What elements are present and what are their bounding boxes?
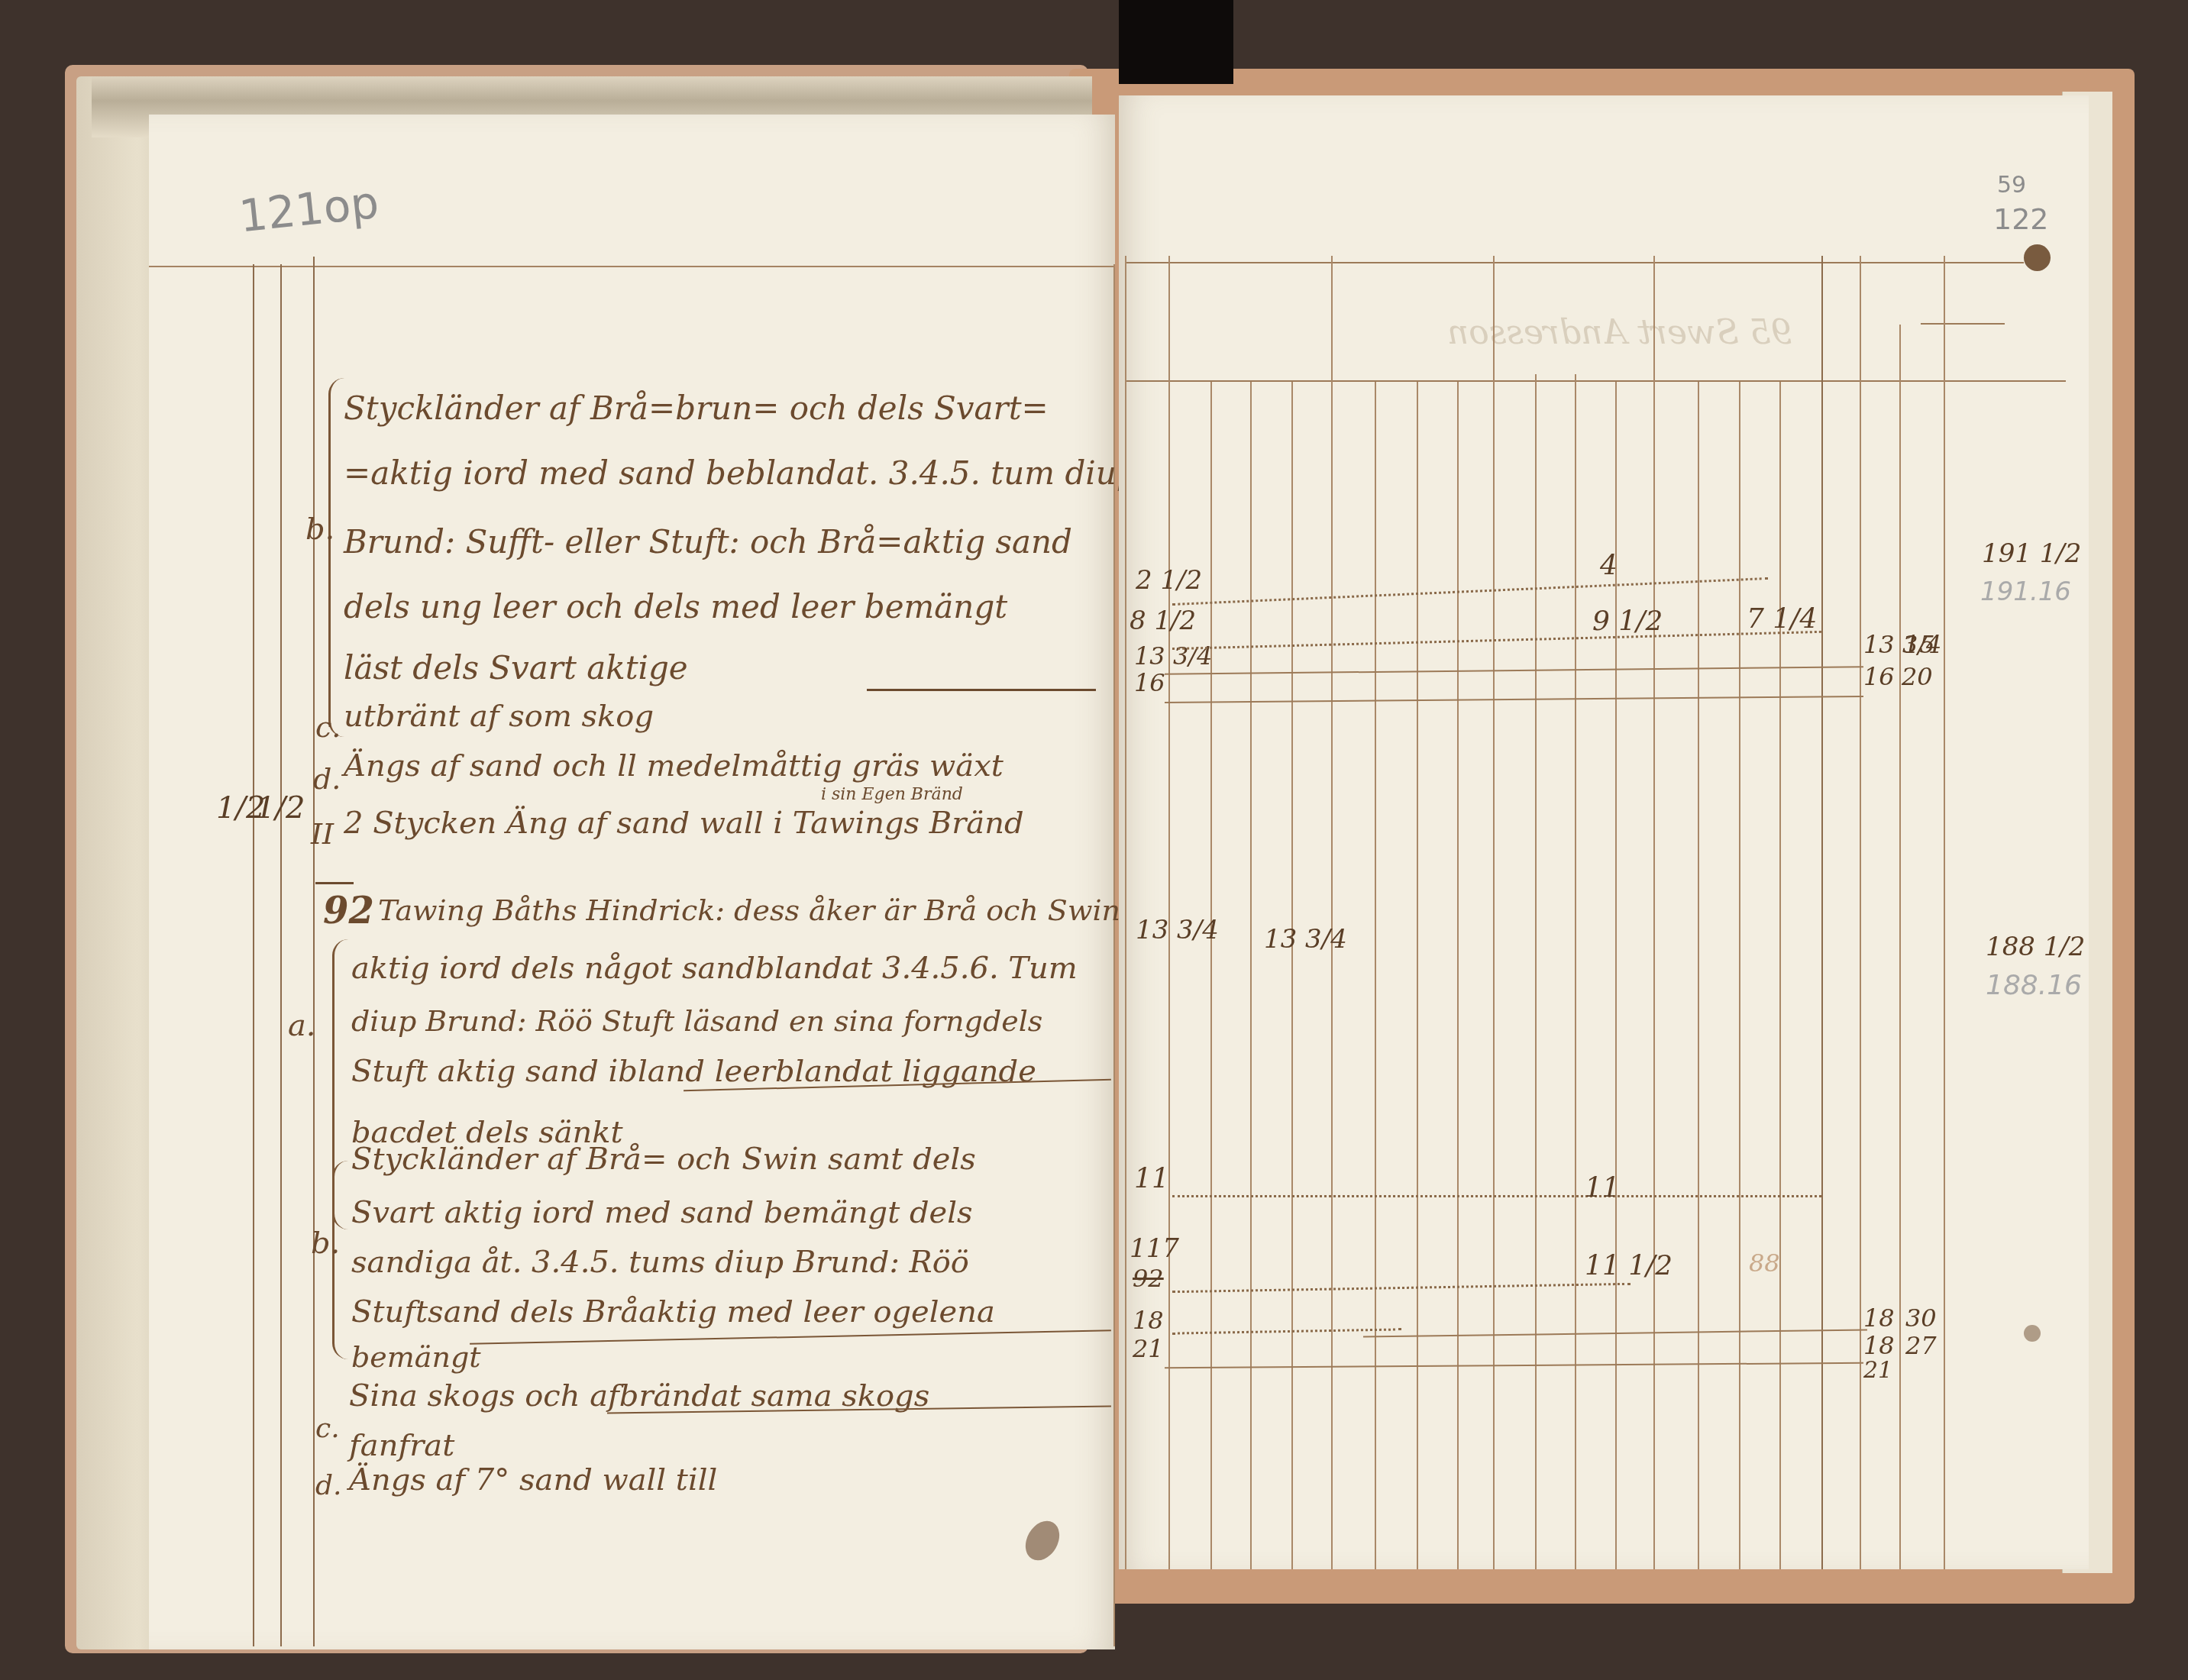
entry-line: Tawing Båths Hindrick: dess åker är Brå … — [378, 893, 1120, 927]
entry-line: 2 Stycken Äng af sand wall i Tawings Brä… — [344, 806, 1024, 841]
line-filler — [867, 689, 1096, 691]
row-value: 9 1/2 — [1592, 606, 1663, 637]
column-rule — [1250, 382, 1252, 1569]
ditto-dots — [1172, 1195, 1821, 1197]
entry-label: II — [311, 817, 334, 851]
column-rule — [1210, 382, 1212, 1569]
row-rule — [1165, 1362, 1863, 1368]
row-value: 30 — [1905, 1304, 1937, 1333]
column-rule — [1331, 256, 1333, 1569]
header-rule-segment — [1921, 323, 2005, 325]
column-rule — [1375, 382, 1376, 1569]
row-value: 21 — [1863, 1357, 1892, 1384]
row-value: 13 3/4 — [1264, 924, 1347, 955]
column-rule — [253, 264, 254, 1646]
column-rule — [1944, 256, 1945, 1569]
row-total: 13 3/4 — [1134, 641, 1212, 670]
entry-label: d. — [315, 1470, 342, 1501]
column-rule — [1535, 374, 1537, 1569]
row-value: 20 — [1902, 662, 1933, 691]
entry-line: Ängs af 7° sand wall till — [349, 1462, 717, 1497]
row-value-struck: 92 — [1133, 1264, 1164, 1293]
ditto-dots — [1172, 1283, 1630, 1293]
column-rule — [313, 257, 315, 1646]
row-rule — [1165, 696, 1863, 703]
column-rule — [1493, 256, 1495, 1569]
column-rule — [1899, 325, 1901, 1569]
entry-line: aktig iord dels något sandblandat 3.4.5.… — [351, 951, 1078, 986]
row-value: 117 — [1130, 1233, 1179, 1264]
header-rule-bottom — [1126, 380, 2066, 382]
row-value: 11 1/2 — [1585, 1250, 1673, 1281]
row-value: 11 — [1134, 1163, 1169, 1194]
entry-line: utbränt af som skog — [344, 699, 654, 734]
left-page: 121op 1/2 1/2 b. Styckländer af Brå=brun… — [149, 115, 1115, 1649]
column-rule — [1739, 382, 1740, 1569]
pencil-folio-top: 59 — [1997, 172, 2026, 199]
parcel-number: 92 — [323, 890, 374, 932]
column-rule — [1821, 256, 1823, 1569]
row-value: 11 — [1585, 1172, 1620, 1203]
faint-value: 88 — [1749, 1249, 1780, 1278]
entry-line: Styckländer af Brå= och Swin samt dels — [351, 1142, 976, 1177]
book-spine-gap — [1119, 0, 1233, 84]
column-rule — [1417, 382, 1418, 1569]
entry-line: Ängs af sand och ll medelmåttig gräs wäx… — [344, 748, 1004, 783]
ditto-dots — [1172, 577, 1767, 606]
entry-brace — [328, 378, 344, 737]
row-total: 18 — [1133, 1306, 1164, 1335]
column-rule — [1168, 256, 1170, 1569]
entry-line: läst dels Svart aktige — [344, 649, 688, 687]
column-rule — [1457, 382, 1459, 1569]
row-value: 2 1/2 — [1136, 565, 1202, 596]
bleed-through-text: 95 Swert Andresson — [1447, 313, 1792, 352]
column-rule — [1575, 374, 1576, 1569]
margin-total: 191 1/2 — [1982, 538, 2081, 569]
entry-label: a. — [288, 1008, 316, 1043]
entry-line: Stuftsand dels Bråaktig med leer ogelena — [351, 1294, 995, 1329]
entry-line: Brund: Sufft- eller Stuft: och Brå=aktig… — [344, 523, 1072, 561]
row-value: 8 1/2 — [1130, 606, 1196, 636]
entry-label: c. — [315, 710, 341, 744]
header-rule — [149, 266, 1115, 267]
column-rule — [1698, 382, 1699, 1569]
ink-spot — [2024, 1325, 2041, 1342]
row-value: 18 — [1863, 1304, 1895, 1333]
entry-label: b. — [305, 512, 335, 547]
margin-pencil-total: 188.16 — [1986, 970, 2082, 1001]
column-rule — [1779, 382, 1781, 1569]
entry-line: Sina skogs och afbrändat sama skogs — [349, 1378, 929, 1413]
header-rule-top — [1126, 262, 2024, 263]
row-total: 21 — [1133, 1334, 1164, 1363]
column-rule — [1860, 256, 1861, 1569]
row-value: 7 1/4 — [1747, 603, 1817, 635]
entry-line: sandiga åt. 3.4.5. tums diup Brund: Röö — [351, 1245, 969, 1280]
margin-pencil-total: 191.16 — [1980, 577, 2071, 607]
entry-line: dels ung leer och dels med leer bemängt — [344, 588, 1007, 625]
row-total: 16 — [1134, 668, 1165, 697]
column-rule — [1291, 382, 1293, 1569]
line-filler — [470, 1329, 1111, 1345]
entry-separator — [315, 882, 354, 884]
row-rule — [1165, 666, 1863, 675]
row-value: 16 — [1863, 662, 1895, 691]
row-value: 27 — [1905, 1331, 1937, 1360]
margin-total: 188 1/2 — [1986, 932, 2085, 962]
column-rule — [280, 264, 282, 1646]
row-value: 13 3/4 — [1136, 915, 1219, 945]
ditto-dots — [1172, 1328, 1401, 1334]
ditto-dots — [1172, 631, 1821, 650]
right-page: 59 122 95 Swert Andresson 2 1/2 8 1/2 13… — [1119, 95, 2089, 1569]
ink-blot — [2024, 244, 2051, 271]
row-value: 18 — [1863, 1331, 1895, 1360]
entry-line-insert: i sin Egen Bränd — [821, 785, 963, 804]
ink-stain — [1019, 1515, 1066, 1567]
entry-label: b. — [311, 1226, 340, 1261]
entry-line: bemängt — [351, 1340, 481, 1374]
pencil-folio-left: 121op — [237, 176, 381, 243]
entry-line: Styckländer af Brå=brun= och dels Svart= — [344, 389, 1049, 427]
entry-line: Svart aktig iord med sand bemängt dels — [351, 1195, 973, 1230]
column-rule — [1125, 256, 1126, 1569]
entry-line: diup Brund: Röö Stuft läsand en sina for… — [351, 1004, 1042, 1038]
entry-label: d. — [313, 762, 341, 796]
pencil-folio-bottom: 122 — [1993, 202, 2049, 236]
row-value: 15 — [1904, 630, 1935, 659]
entry-label: c. — [315, 1413, 340, 1444]
entry-line: =aktig iord med sand beblandat. 3.4.5. t… — [344, 454, 1137, 492]
margin-fraction: 1/2 — [256, 790, 305, 825]
row-value: 4 — [1600, 550, 1618, 581]
entry-line: fanfrat — [349, 1428, 454, 1463]
column-rule — [1653, 256, 1655, 1569]
